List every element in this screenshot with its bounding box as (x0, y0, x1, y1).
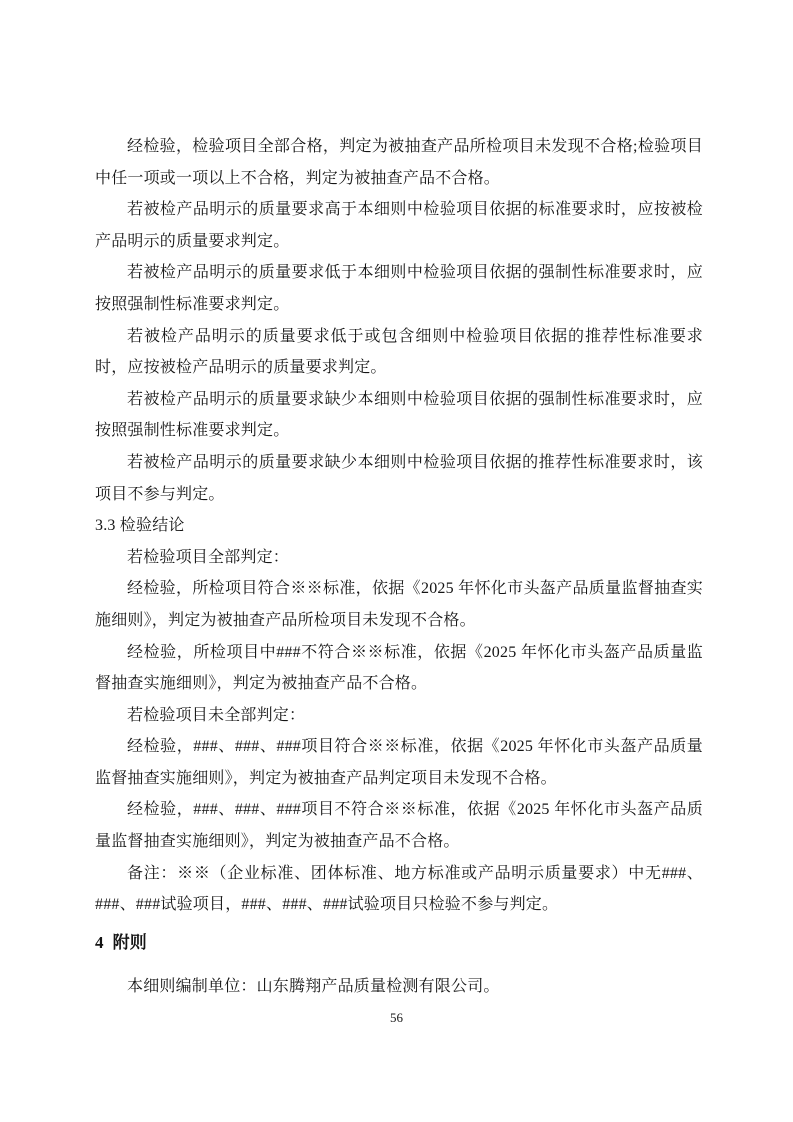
paragraph: 若被检产品明示的质量要求低于本细则中检验项目依据的强制性标准要求时，应按照强制性… (95, 257, 703, 320)
paragraph: 经检验，所检项目符合※※标准，依据《2025 年怀化市头盔产品质量监督抽查实施细… (95, 573, 703, 636)
paragraph: 若检验项目全部判定： (95, 542, 703, 574)
paragraph: 经检验，###、###、###项目符合※※标准，依据《2025 年怀化市头盔产品… (95, 731, 703, 794)
paragraph: 若被检产品明示的质量要求缺少本细则中检验项目依据的推荐性标准要求时，该项目不参与… (95, 447, 703, 510)
paragraph: 经检验，检验项目全部合格，判定为被抽查产品所检项目未发现不合格;检验项目中任一项… (95, 131, 703, 194)
paragraph: 经检验，所检项目中###不符合※※标准，依据《2025 年怀化市头盔产品质量监督… (95, 637, 703, 700)
paragraph: 本细则编制单位：山东腾翔产品质量检测有限公司。 (95, 971, 703, 1003)
document-page: 经检验，检验项目全部合格，判定为被抽查产品所检项目未发现不合格;检验项目中任一项… (0, 0, 793, 1122)
paragraph: 若被检产品明示的质量要求高于本细则中检验项目依据的标准要求时，应按被检产品明示的… (95, 194, 703, 257)
paragraph: 若被检产品明示的质量要求低于或包含细则中检验项目依据的推荐性标准要求时，应按被检… (95, 321, 703, 384)
paragraph: 3.3 检验结论 (95, 510, 703, 542)
paragraph: 若检验项目未全部判定： (95, 700, 703, 732)
section-heading: 4 附则 (95, 927, 703, 959)
page-number: 56 (0, 1009, 793, 1027)
document-body: 经检验，检验项目全部合格，判定为被抽查产品所检项目未发现不合格;检验项目中任一项… (95, 131, 703, 1003)
paragraph: 若被检产品明示的质量要求缺少本细则中检验项目依据的强制性标准要求时，应按照强制性… (95, 384, 703, 447)
paragraph: 经检验，###、###、###项目不符合※※标准，依据《2025 年怀化市头盔产… (95, 794, 703, 857)
paragraph: 备注：※※（企业标准、团体标准、地方标准或产品明示质量要求）中无###、###、… (95, 858, 703, 921)
